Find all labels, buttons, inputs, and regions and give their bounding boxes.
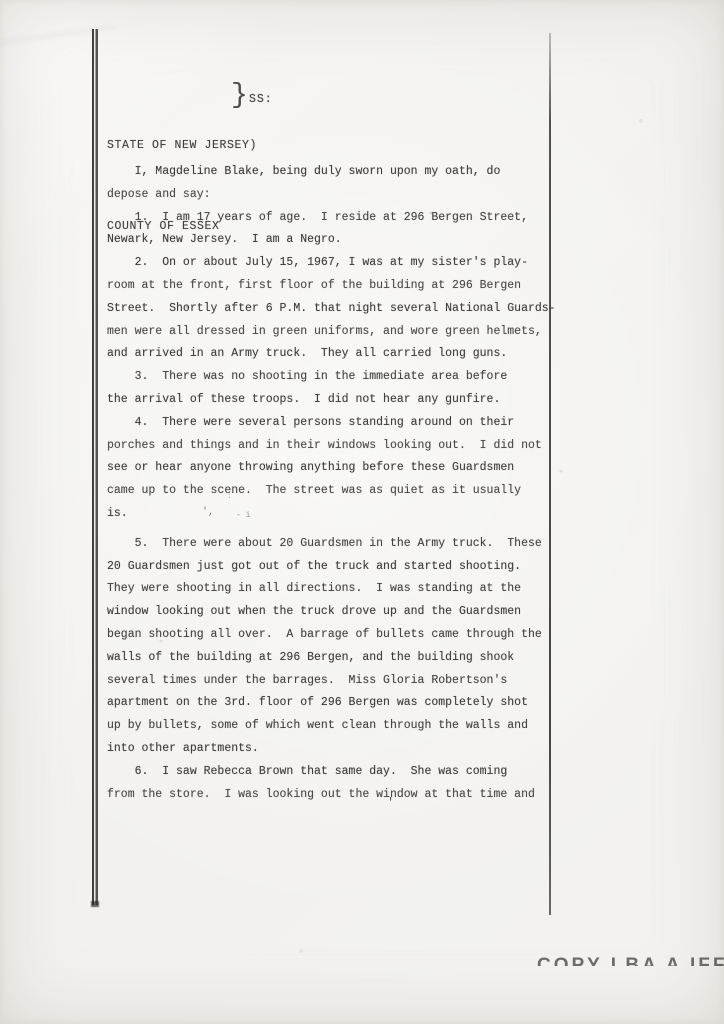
text-line: men were all dressed in green uniforms, … [107,321,559,344]
left-binding-line [92,29,98,905]
text-line: 3. There was no shooting in the immediat… [107,366,559,389]
text-line: began shooting all over. A barrage of bu… [107,624,559,647]
paragraph: 5. There were about 20 Guardsmen in the … [107,533,559,761]
text-line: 4. There were several persons standing a… [107,412,559,435]
scan-specks [0,0,2,2]
text-line: Street. Shortly after 6 P.M. that night … [107,298,559,321]
text-line: 1. I am 17 years of age. I reside at 296… [107,207,559,230]
stray-mark: ' [387,796,394,810]
paragraph: 4. There were several persons standing a… [107,412,559,526]
paragraph: I, Magdeline Blake, being duly sworn upo… [107,161,559,207]
text-line: window looking out when the truck drove … [107,601,559,624]
state-line: STATE OF NEW JERSEY) [107,132,257,159]
text-line: Newark, New Jersey. I am a Negro. [107,229,559,252]
text-line: several times under the barrages. Miss G… [107,670,559,693]
stray-mark: ', [202,507,214,518]
scanned-affidavit-page: STATE OF NEW JERSEY) COUNTY OF ESSEX } S… [0,0,724,1024]
ss-abbreviation: SS: [249,93,273,106]
text-line: 5. There were about 20 Guardsmen in the … [107,533,559,556]
venue-brace: } [231,80,248,111]
text-line: walls of the building at 296 Bergen, and… [107,647,559,670]
text-line: into other apartments. [107,738,559,761]
text-line: depose and say: [107,184,559,207]
text-line: came up to the scene. The street was as … [107,480,559,503]
paragraph: 6. I saw Rebecca Brown that same day. Sh… [107,761,559,807]
stray-mark: : [227,492,232,501]
text-line: up by bullets, some of which went clean … [107,715,559,738]
text-line: I, Magdeline Blake, being duly sworn upo… [107,161,559,184]
text-line: room at the front, first floor of the bu… [107,275,559,298]
stray-mark: - i [236,511,250,520]
text-line: porches and things and in their windows … [107,435,559,458]
text-line: and arrived in an Army truck. They all c… [107,343,559,366]
text-line: the arrival of these troops. I did not h… [107,389,559,412]
paragraph: 3. There was no shooting in the immediat… [107,366,559,412]
text-line: 6. I saw Rebecca Brown that same day. Sh… [107,761,559,784]
text-line: is. [107,503,559,526]
paragraph: 2. On or about July 15, 1967, I was at m… [107,252,559,366]
text-line: 20 Guardsmen just got out of the truck a… [107,556,559,579]
text-line: 2. On or about July 15, 1967, I was at m… [107,252,559,275]
paragraph: 1. I am 17 years of age. I reside at 296… [107,207,559,253]
copy-stamp-clipped: COPY LBA A IFF [537,956,724,966]
affidavit-body: I, Magdeline Blake, being duly sworn upo… [107,161,559,806]
text-line: They were shooting in all directions. I … [107,578,559,601]
text-line: from the store. I was looking out the wi… [107,784,559,807]
text-line: apartment on the 3rd. floor of 296 Berge… [107,692,559,715]
text-line: see or hear anyone throwing anything bef… [107,457,559,480]
copy-stamp-text: COPY LBA A IFF [537,956,724,966]
